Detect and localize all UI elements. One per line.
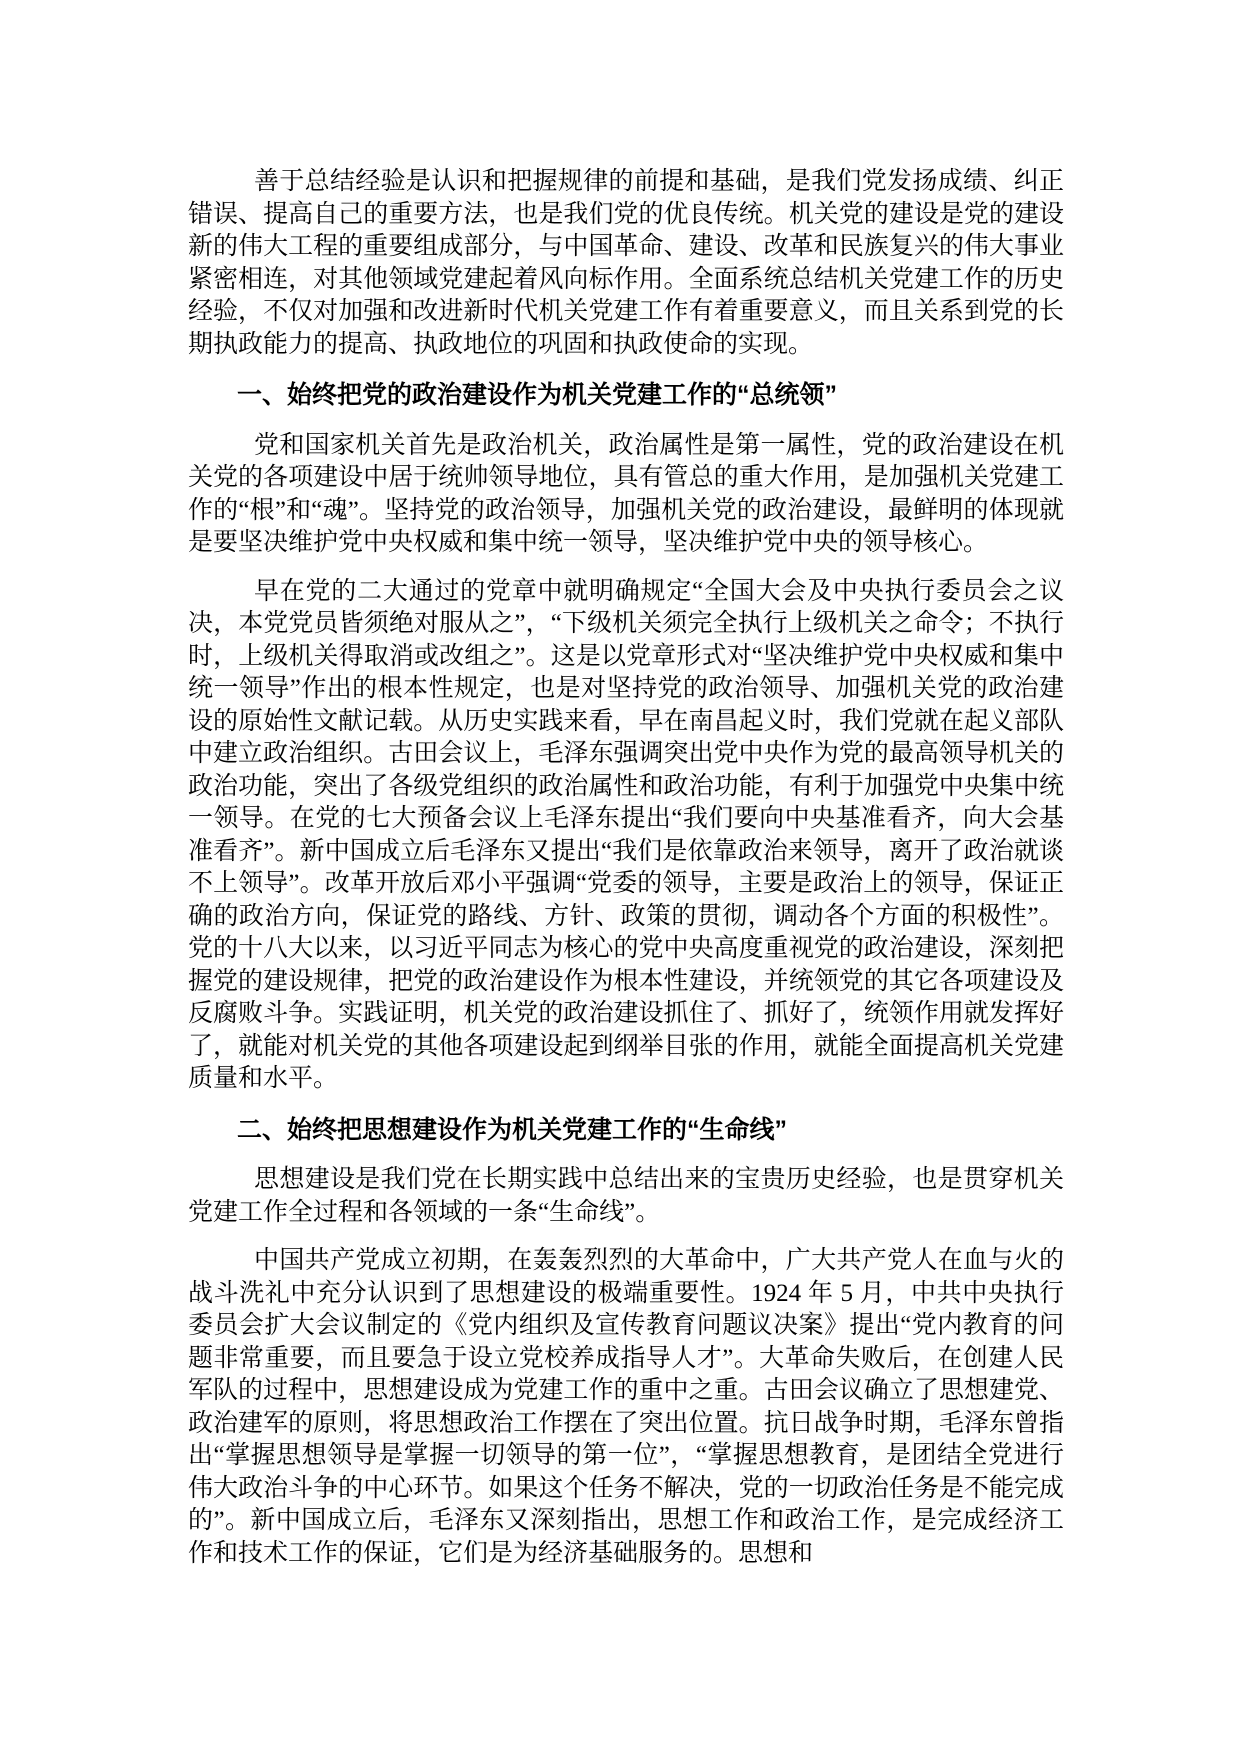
section-heading-1: 一、始终把党的政治建设作为机关党建工作的“总统领” — [188, 379, 1064, 412]
body-paragraph: 早在党的二大通过的党章中就明确规定“全国大会及中央执行委员会之议决，本党党员皆须… — [188, 576, 1064, 1096]
document-content: 善于总结经验是认识和把握规律的前提和基础，是我们党发扬成绩、纠正错误、提高自己的… — [0, 0, 1240, 1754]
body-paragraph: 善于总结经验是认识和把握规律的前提和基础，是我们党发扬成绩、纠正错误、提高自己的… — [188, 166, 1064, 361]
body-paragraph: 党和国家机关首先是政治机关，政治属性是第一属性，党的政治建设在机关党的各项建设中… — [188, 430, 1064, 560]
section-heading-2: 二、始终把思想建设作为机关党建工作的“生命线” — [188, 1114, 1064, 1147]
body-paragraph: 中国共产党成立初期，在轰轰烈烈的大革命中，广大共产党人在血与火的战斗洗礼中充分认… — [188, 1245, 1064, 1570]
document-page: 善于总结经验是认识和把握规律的前提和基础，是我们党发扬成绩、纠正错误、提高自己的… — [0, 0, 1240, 1754]
body-paragraph: 思想建设是我们党在长期实践中总结出来的宝贵历史经验，也是贯穿机关党建工作全过程和… — [188, 1164, 1064, 1229]
